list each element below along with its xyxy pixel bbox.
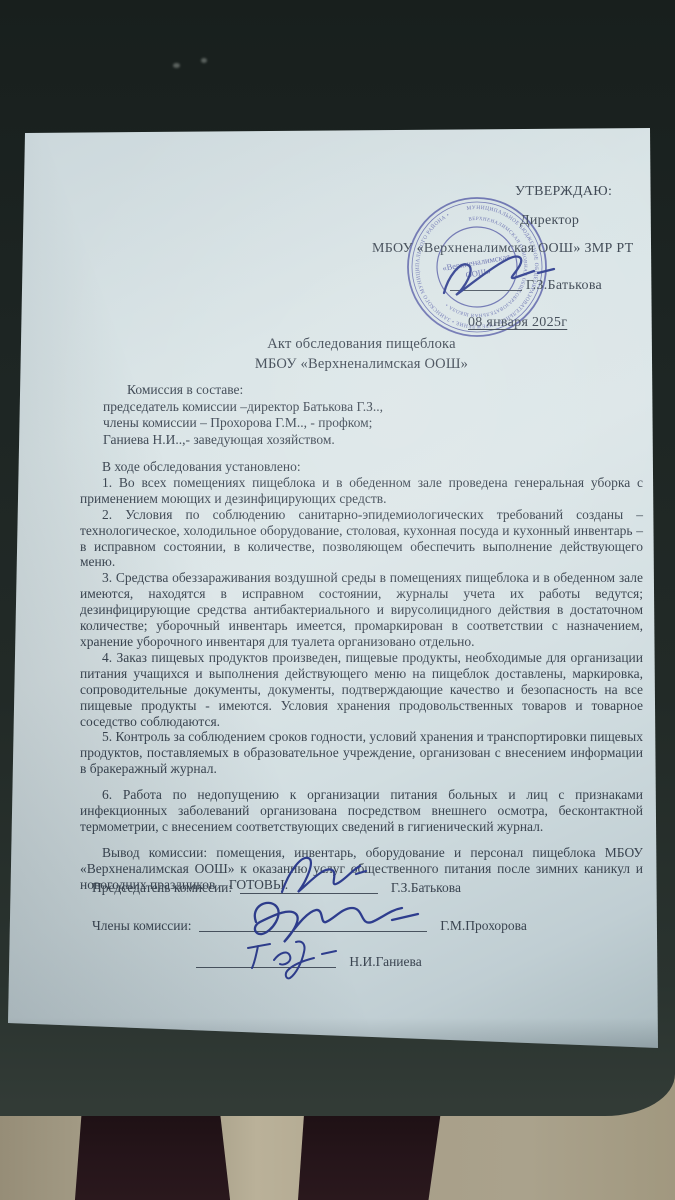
title-line1: Акт обследования пищеблока	[80, 335, 643, 355]
title-line2: МБОУ «Верхненалимская ООШ»	[80, 355, 643, 375]
approval-title: УТВЕРЖДАЮ:	[515, 184, 612, 200]
findings-paragraph-5: 5. Контроль за соблюдением сроков годнос…	[80, 729, 643, 777]
commission-line: члены комиссии – Прохорова Г.М.., - проф…	[103, 415, 583, 432]
left-shoe	[70, 1108, 235, 1200]
paper-sheet: МУНИЦИПАЛЬНОЕ БЮДЖЕТНОЕ ОБЩЕОБРАЗОВАТЕЛЬ…	[0, 120, 675, 1065]
photo-scene: МУНИЦИПАЛЬНОЕ БЮДЖЕТНОЕ ОБЩЕОБРАЗОВАТЕЛЬ…	[0, 0, 675, 1200]
findings-paragraph-4: 4. Заказ пищевых продуктов произведен, п…	[80, 650, 643, 730]
member2-signature	[240, 932, 350, 982]
document-title: Акт обследования пищеблока МБОУ «Верхнен…	[80, 335, 643, 374]
findings-paragraph-3: 3. Средства обеззараживания воздушной ср…	[80, 570, 643, 650]
commission-line: Ганиева Н.И..,- заведующая хозяйством.	[103, 432, 583, 449]
dust-speck	[173, 63, 180, 68]
commission-block: Комиссия в составе: председатель комисси…	[103, 382, 583, 448]
dust-speck	[201, 58, 207, 63]
findings-intro: В ходе обследования установлено:	[80, 459, 643, 475]
approval-date: 08 января 2025г	[468, 315, 567, 331]
findings-block: В ходе обследования установлено: 1. Во в…	[80, 459, 643, 893]
conclusion-paragraph: 6. Работа по недопущению к организации п…	[80, 787, 643, 835]
commission-line: председатель комиссии –директор Батькова…	[103, 399, 583, 416]
right-shoe	[295, 1108, 445, 1200]
approval-director-label: Директор	[520, 213, 579, 229]
members-label: Члены комиссии:	[92, 918, 192, 933]
findings-paragraph-1: 1. Во всех помещениях пищеблока и в обед…	[80, 475, 643, 507]
director-signature	[430, 245, 570, 305]
findings-paragraph-2: 2. Условия по соблюдению санитарно-эпиде…	[80, 507, 643, 571]
chair-label: Председатель комиссии:	[92, 880, 232, 895]
member1-name: Г.М.Прохорова	[440, 918, 527, 933]
member2-name: Н.И.Ганиева	[349, 954, 421, 969]
commission-line: Комиссия в составе:	[103, 382, 583, 399]
